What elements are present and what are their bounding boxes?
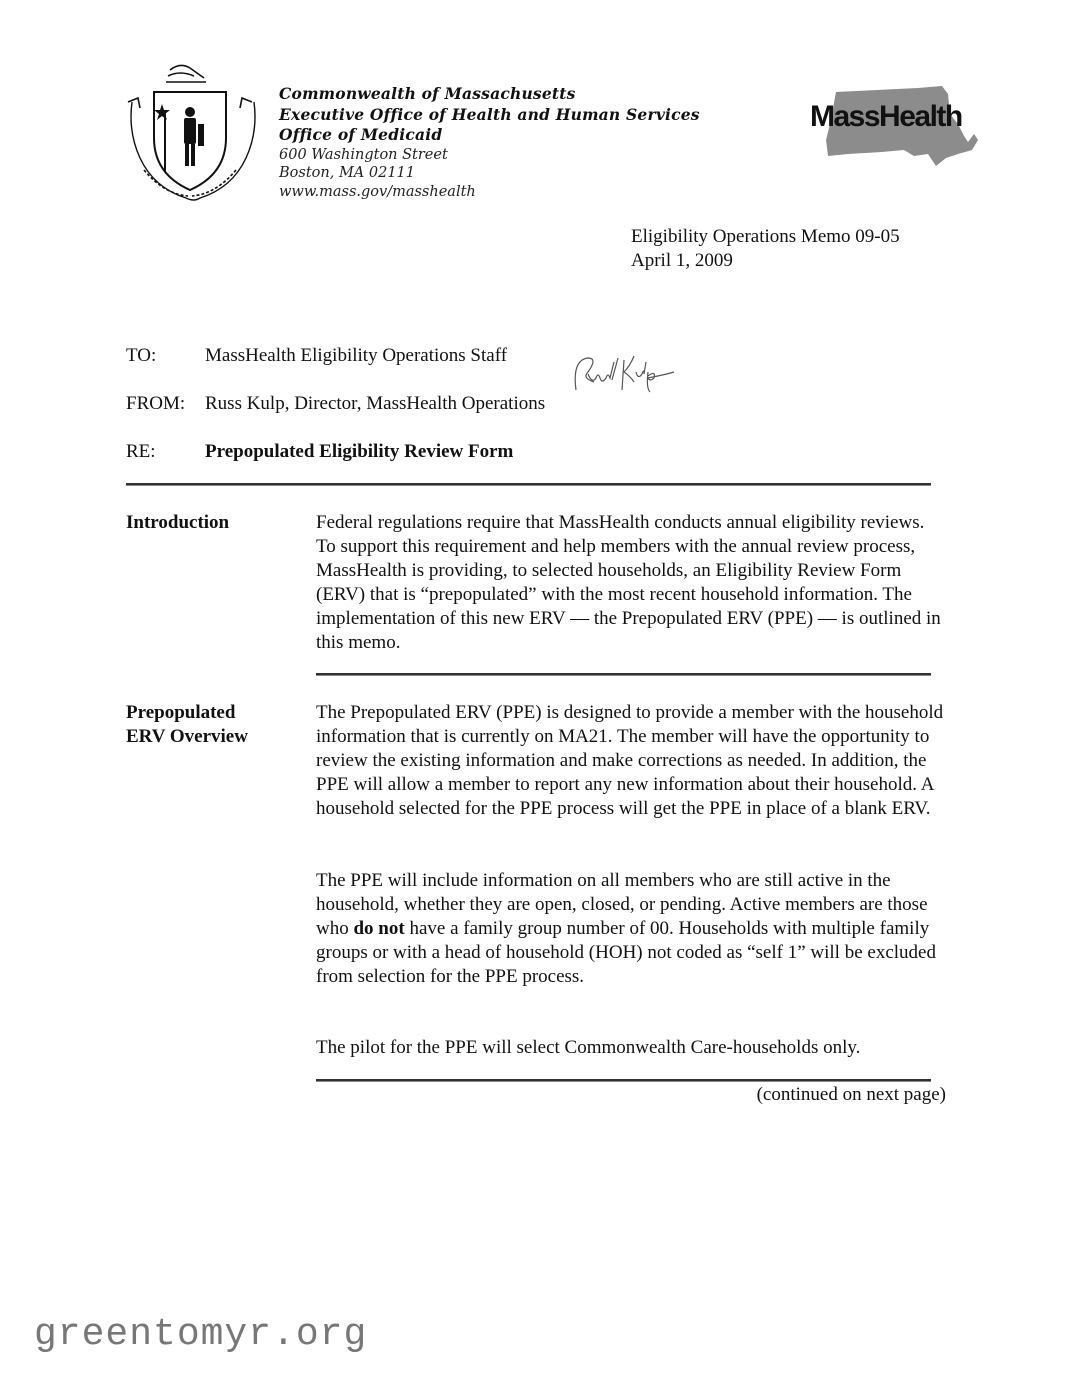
- from-value: Russ Kulp, Director, MassHealth Operatio…: [205, 393, 545, 414]
- letterhead-eohhs: Executive Office of Health and Human Ser…: [279, 105, 700, 126]
- overview-divider: [316, 1079, 931, 1082]
- introduction-paragraph: Federal regulations require that MassHea…: [316, 511, 946, 655]
- overview-paragraph-3: The pilot for the PPE will select Common…: [316, 1036, 946, 1060]
- svg-text:MassHealth: MassHealth: [810, 100, 962, 133]
- letterhead-city: Boston, MA 02111: [279, 164, 700, 183]
- letterhead-url: www.mass.gov/masshealth: [279, 183, 700, 202]
- re-label: RE:: [126, 440, 205, 464]
- continued-note: (continued on next page): [757, 1083, 946, 1107]
- from-label: FROM:: [126, 392, 205, 416]
- section-label-introduction: Introduction: [126, 511, 229, 535]
- memo-number: Eligibility Operations Memo 09-05: [631, 225, 900, 249]
- introduction-divider: [316, 673, 931, 676]
- re-row: RE:Prepopulated Eligibility Review Form: [126, 440, 513, 464]
- signature-icon: [568, 350, 678, 398]
- letterhead-commonwealth: Commonwealth of Massachusetts: [279, 84, 700, 105]
- section-label-erv-overview: Prepopulated ERV Overview: [126, 701, 248, 749]
- to-label: TO:: [126, 344, 205, 368]
- letterhead: Commonwealth of Massachusetts Executive …: [279, 84, 700, 201]
- memo-identifier: Eligibility Operations Memo 09-05 April …: [631, 225, 900, 273]
- to-value: MassHealth Eligibility Operations Staff: [205, 345, 507, 366]
- emphasis-do-not: do not: [353, 918, 404, 939]
- to-row: TO:MassHealth Eligibility Operations Sta…: [126, 344, 507, 368]
- from-row: FROM:Russ Kulp, Director, MassHealth Ope…: [126, 392, 545, 416]
- overview-paragraph-1: The Prepopulated ERV (PPE) is designed t…: [316, 701, 946, 821]
- watermark: greentomyr.org: [34, 1313, 367, 1356]
- letterhead-office: Office of Medicaid: [279, 125, 700, 146]
- overview-paragraph-2: The PPE will include information on all …: [316, 869, 946, 989]
- re-value: Prepopulated Eligibility Review Form: [205, 441, 513, 462]
- letterhead-street: 600 Washington Street: [279, 146, 700, 165]
- masshealth-logo-icon: MassHealth: [808, 84, 980, 170]
- massachusetts-seal-icon: [124, 62, 256, 204]
- memo-date: April 1, 2009: [631, 249, 900, 273]
- header-divider: [126, 483, 931, 486]
